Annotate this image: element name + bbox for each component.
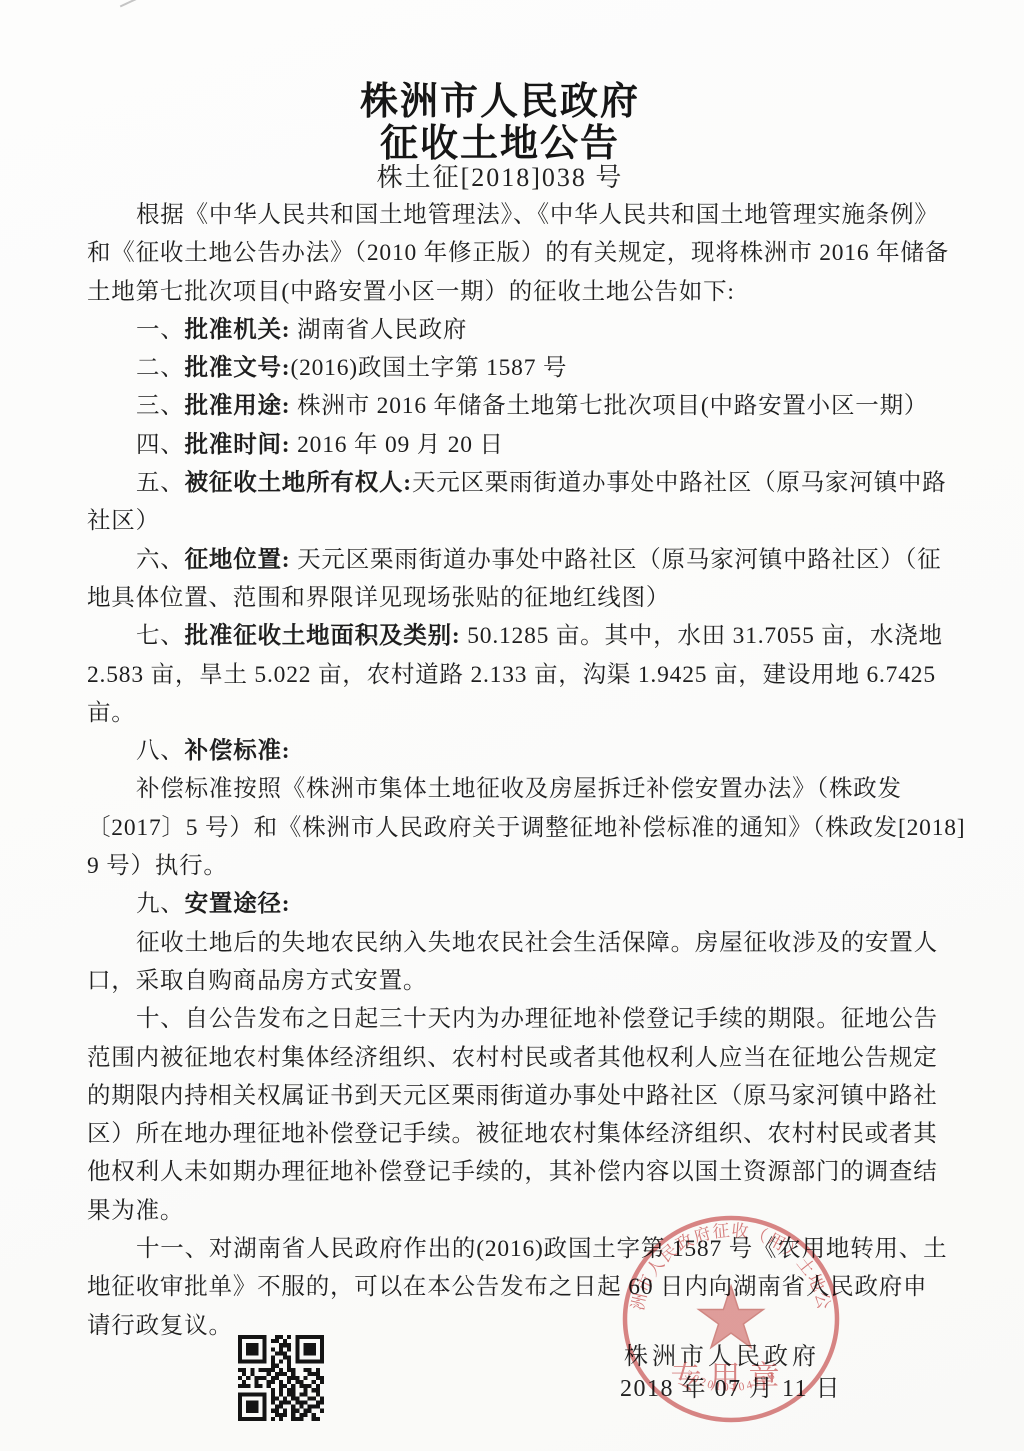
- line-label-bold: 批准征收土地面积及类别:: [185, 623, 461, 649]
- line-text: (2016)政国土字第 1587 号: [290, 355, 567, 381]
- document-body: 根据《中华人民共和国土地管理法》、《中华人民共和国土地管理实施条例》和《征收土地…: [87, 196, 957, 1345]
- line-label-bold: 安置途径:: [185, 891, 291, 917]
- document-line: 社区）: [87, 502, 957, 540]
- line-text: 七、: [136, 623, 185, 649]
- scanned-document-page: 株洲市人民政府 征收土地公告 株土征[2018]038 号 根据《中华人民共和国…: [0, 0, 1024, 1451]
- line-text: 补偿标准按照《株洲市集体土地征收及房屋拆迁补偿安置办法》（株政发: [136, 776, 902, 802]
- line-label-bold: 批准用途:: [185, 393, 291, 419]
- line-text: 十、自公告发布之日起三十天内为办理征地补偿登记手续的期限。征地公告: [136, 1006, 938, 1032]
- line-text: 果为准。: [87, 1198, 184, 1224]
- line-label-bold: 补偿标准:: [185, 738, 291, 764]
- line-text: 地具体位置、范围和界限详见现场张贴的征地红线图）: [87, 585, 670, 611]
- line-text: 一、: [136, 317, 185, 343]
- document-line: 亩。: [87, 694, 957, 732]
- line-text: 和《征收土地公告办法》（2010 年修正版）的有关规定，现将株洲市 2016 年…: [87, 240, 949, 266]
- document-line: 二、批准文号:(2016)政国土字第 1587 号: [87, 349, 957, 387]
- document-line: 六、征地位置: 天元区栗雨街道办事处中路社区（原马家河镇中路社区）（征: [87, 541, 957, 579]
- line-text: 口，采取自购商品房方式安置。: [87, 968, 427, 994]
- line-text: 湖南省人民政府: [290, 317, 467, 343]
- seal-star-icon: [699, 1286, 764, 1348]
- document-line: 〔2017〕5 号）和《株洲市人民政府关于调整征地补偿标准的通知》（株政发[20…: [87, 809, 957, 847]
- line-text: 二、: [136, 355, 185, 381]
- line-text: 亩。: [87, 700, 136, 726]
- line-text: 的期限内持相关权属证书到天元区栗雨街道办事处中路社区（原马家河镇中路社: [87, 1083, 938, 1109]
- line-text: 请行政复议。: [87, 1313, 233, 1339]
- document-line: 2.583 亩，旱土 5.022 亩，农村道路 2.133 亩，沟渠 1.942…: [87, 656, 957, 694]
- document-line: 范围内被征地农村集体经济组织、农村村民或者其他权利人应当在征地公告规定: [87, 1039, 957, 1077]
- document-line: 区）所在地办理征地补偿登记手续。被征地农村集体经济组织、农村村民或者其: [87, 1115, 957, 1153]
- line-text: 2.583 亩，旱土 5.022 亩，农村道路 2.133 亩，沟渠 1.942…: [87, 662, 936, 688]
- line-text: 五、: [136, 470, 185, 496]
- document-line: 土地第七批次项目(中路安置小区一期）的征收土地公告如下:: [87, 273, 957, 311]
- line-label-bold: 批准时间:: [185, 432, 291, 458]
- line-text: 九、: [136, 891, 185, 917]
- document-line: 补偿标准按照《株洲市集体土地征收及房屋拆迁补偿安置办法》（株政发: [87, 770, 957, 808]
- document-line: 根据《中华人民共和国土地管理法》、《中华人民共和国土地管理实施条例》: [87, 196, 957, 234]
- line-text: 土地第七批次项目(中路安置小区一期）的征收土地公告如下:: [87, 279, 735, 305]
- line-text: 四、: [136, 432, 185, 458]
- line-text: 区）所在地办理征地补偿登记手续。被征地农村集体经济组织、农村村民或者其: [87, 1121, 938, 1147]
- document-line: 五、被征收土地所有权人:天元区栗雨街道办事处中路社区（原马家河镇中路: [87, 464, 957, 502]
- scan-artifact: [120, 0, 144, 7]
- document-line: 九、安置途径:: [87, 885, 957, 923]
- line-text: 八、: [136, 738, 185, 764]
- line-text: 根据《中华人民共和国土地管理法》、《中华人民共和国土地管理实施条例》: [136, 202, 939, 228]
- document-line: 口，采取自购商品房方式安置。: [87, 962, 957, 1000]
- document-line: 三、批准用途: 株洲市 2016 年储备土地第七批次项目(中路安置小区一期）: [87, 387, 957, 425]
- document-line: 八、补偿标准:: [87, 732, 957, 770]
- document-line: 四、批准时间: 2016 年 09 月 20 日: [87, 426, 957, 464]
- line-text: 50.1285 亩。其中，水田 31.7055 亩，水浇地: [461, 623, 943, 649]
- line-label-bold: 批准文号:: [185, 355, 291, 381]
- line-text: 天元区栗雨街道办事处中路社区（原马家河镇中路: [412, 470, 947, 496]
- document-number: 株土征[2018]038 号: [60, 157, 940, 194]
- document-line: 他权利人未如期办理征地补偿登记手续的，其补偿内容以国土资源部门的调查结: [87, 1153, 957, 1191]
- document-line: 9 号）执行。: [87, 847, 957, 885]
- line-label-bold: 被征收土地所有权人:: [185, 470, 412, 496]
- line-text: 9 号）执行。: [87, 853, 228, 879]
- line-text: 范围内被征地农村集体经济组织、农村村民或者其他权利人应当在征地公告规定: [87, 1045, 938, 1071]
- document-line: 的期限内持相关权属证书到天元区栗雨街道办事处中路社区（原马家河镇中路社: [87, 1077, 957, 1115]
- line-label-bold: 批准机关:: [185, 317, 291, 343]
- line-text: 2016 年 09 月 20 日: [290, 432, 503, 458]
- line-text: 天元区栗雨街道办事处中路社区（原马家河镇中路社区）（征: [290, 547, 941, 573]
- line-text: 株洲市 2016 年储备土地第七批次项目(中路安置小区一期）: [290, 393, 928, 419]
- line-text: 征收土地后的失地农民纳入失地农民社会生活保障。房屋征收涉及的安置人: [136, 930, 938, 956]
- line-text: 社区）: [87, 508, 160, 534]
- document-line: 和《征收土地公告办法》（2010 年修正版）的有关规定，现将株洲市 2016 年…: [87, 234, 957, 272]
- line-text: 三、: [136, 393, 185, 419]
- document-line: 一、批准机关: 湖南省人民政府: [87, 311, 957, 349]
- qr-code: [238, 1335, 324, 1421]
- document-line: 十、自公告发布之日起三十天内为办理征地补偿登记手续的期限。征地公告: [87, 1000, 957, 1038]
- line-text: 〔2017〕5 号）和《株洲市人民政府关于调整征地补偿标准的通知》（株政发[20…: [87, 815, 965, 841]
- line-label-bold: 征地位置:: [185, 547, 291, 573]
- document-line: 地具体位置、范围和界限详见现场张贴的征地红线图）: [87, 579, 957, 617]
- document-line: 征收土地后的失地农民纳入失地农民社会生活保障。房屋征收涉及的安置人: [87, 924, 957, 962]
- line-text: 他权利人未如期办理征地补偿登记手续的，其补偿内容以国土资源部门的调查结: [87, 1159, 938, 1185]
- line-text: 六、: [136, 547, 185, 573]
- document-line: 七、批准征收土地面积及类别: 50.1285 亩。其中，水田 31.7055 亩…: [87, 617, 957, 655]
- official-seal-stamp: 株洲市人民政府征收（用）土地公告 专用章 302010104788: [613, 1200, 849, 1432]
